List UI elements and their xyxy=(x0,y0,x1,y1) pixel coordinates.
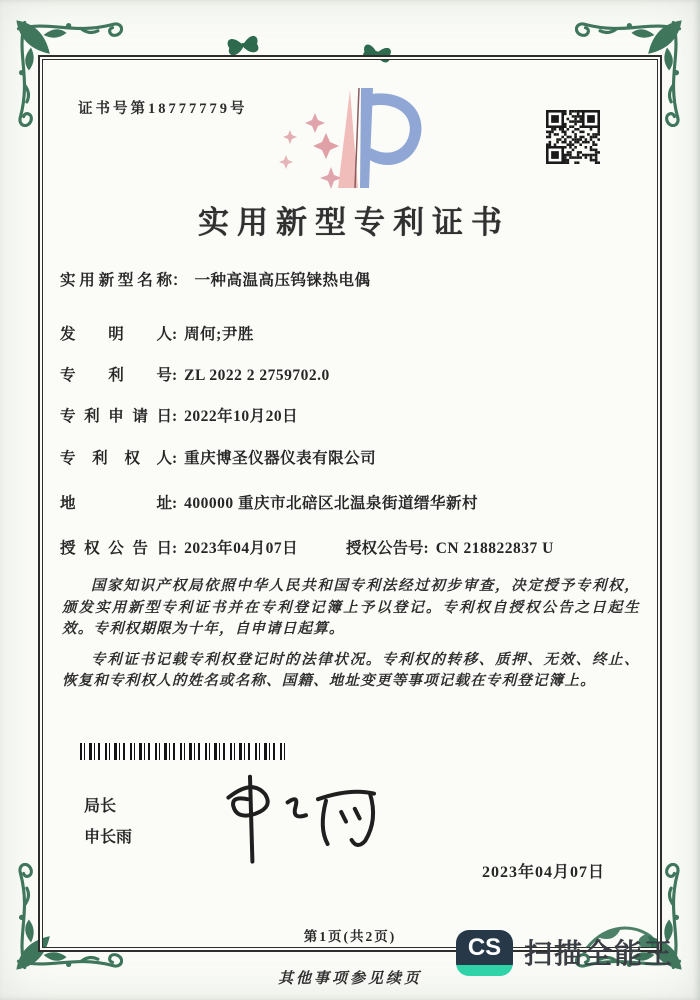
field-label: 地址 xyxy=(60,491,172,513)
field-label: 专利号 xyxy=(60,363,172,385)
camscanner-badge-icon: CS xyxy=(456,930,513,976)
grant-no-value: CN 218822837 U xyxy=(436,540,554,557)
grant-date-label: 授权公告日 xyxy=(60,536,172,558)
field-label: 发明人 xyxy=(60,322,172,344)
signer-name: 申长雨 xyxy=(84,824,132,847)
field-row-name: 实用新型名称 ：一种高温高压钨铼热电偶 xyxy=(60,268,645,290)
certificate-title: 实用新型专利证书 xyxy=(0,197,700,242)
field-label: 专利申请日 xyxy=(60,404,172,426)
issue-date: 2023年04月07日 xyxy=(482,859,605,882)
grant-no-label: 授权公告号 xyxy=(346,540,424,557)
field-row-filing-date: 专利申请日:2022年10月20日 xyxy=(60,404,645,426)
field-value: 重庆博圣仪器仪表有限公司 xyxy=(184,450,376,467)
legal-text: 国家知识产权局依照中华人民共和国专利法经过初步审查，决定授予专利权，颁发实用新型… xyxy=(62,576,640,702)
camscanner-watermark-text: 扫描全能王 xyxy=(524,932,674,972)
field-label: 实用新型名称 xyxy=(60,268,172,290)
field-row-patent-no: 专利号:ZL 2022 2 2759702.0 xyxy=(60,363,645,385)
field-value: 400000 重庆市北碚区北温泉街道缙华新村 xyxy=(184,495,478,512)
qr-code-icon xyxy=(546,109,600,165)
cnipa-logo-icon xyxy=(276,80,428,198)
field-row-address: 地址:400000 重庆市北碚区北温泉街道缙华新村 xyxy=(60,491,645,513)
legal-paragraph: 国家知识产权局依照中华人民共和国专利法经过初步审查，决定授予专利权，颁发实用新型… xyxy=(62,576,640,641)
field-value: ZL 2022 2 2759702.0 xyxy=(184,367,330,384)
field-row-patentee: 专利权人:重庆博圣仪器仪表有限公司 xyxy=(60,446,645,468)
grant-no-group: 授权公告号:CN 218822837 U xyxy=(346,536,554,558)
grant-date-value: 2023年04月07日 xyxy=(184,540,298,557)
field-row-grant: 授权公告日:2023年04月07日 授权公告号:CN 218822837 U xyxy=(60,536,645,558)
field-value: 一种高温高压钨铼热电偶 xyxy=(195,272,371,289)
barcode-icon xyxy=(80,743,288,760)
field-label: 专利权人 xyxy=(60,446,172,468)
signer-title: 局长 xyxy=(84,793,116,816)
legal-paragraph: 专利证书记载专利权登记时的法律状况。专利权的转移、质押、无效、终止、恢复和专利权… xyxy=(62,650,640,693)
field-value: 2022年10月20日 xyxy=(184,408,298,425)
certificate-number: 证书号第18777779号 xyxy=(78,97,248,118)
field-row-inventor: 发明人:周何;尹胜 xyxy=(60,322,645,344)
field-value: 周何;尹胜 xyxy=(184,326,254,343)
patent-certificate-page: { "page": { "cert_no": "证书号第18777779号", … xyxy=(0,0,700,1000)
signature-icon xyxy=(188,772,400,864)
